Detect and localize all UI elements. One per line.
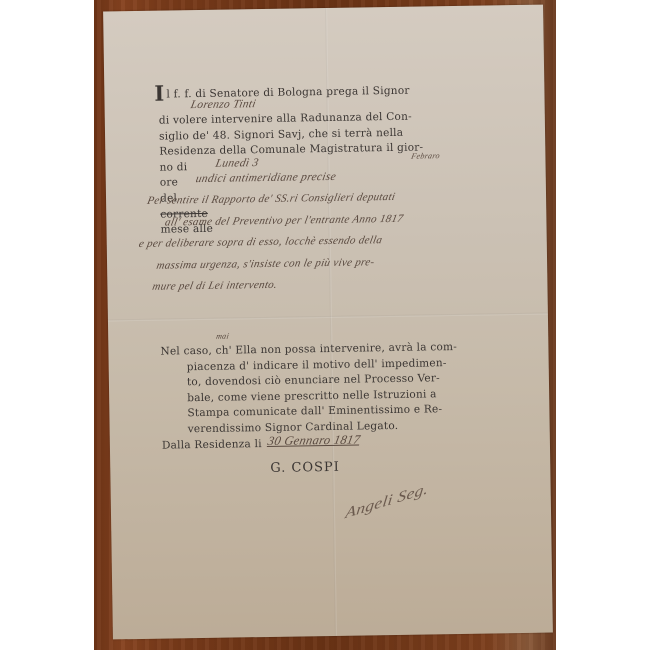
margin-note: mai [215, 328, 278, 344]
document-sheet: Il f. f. di Senatore di Bologna prega il… [103, 5, 553, 640]
signatory-name: G. COSPI [270, 458, 430, 476]
meeting-hour: undici antimeridiane precise [194, 169, 397, 187]
handwritten-agenda: Per sentire il Rapporto de' SS.ri Consig… [128, 186, 479, 299]
handwritten-date: 30 Gennaro 1817 [266, 431, 469, 449]
agenda-line: mure pel di Lei intervento. [128, 272, 462, 299]
month-annotation: Febraro [410, 148, 473, 164]
drop-cap: I [154, 81, 164, 106]
horizontal-fold-line [108, 313, 548, 322]
notice-text: Nel caso, ch' Ella non possa intervenire… [160, 340, 471, 438]
